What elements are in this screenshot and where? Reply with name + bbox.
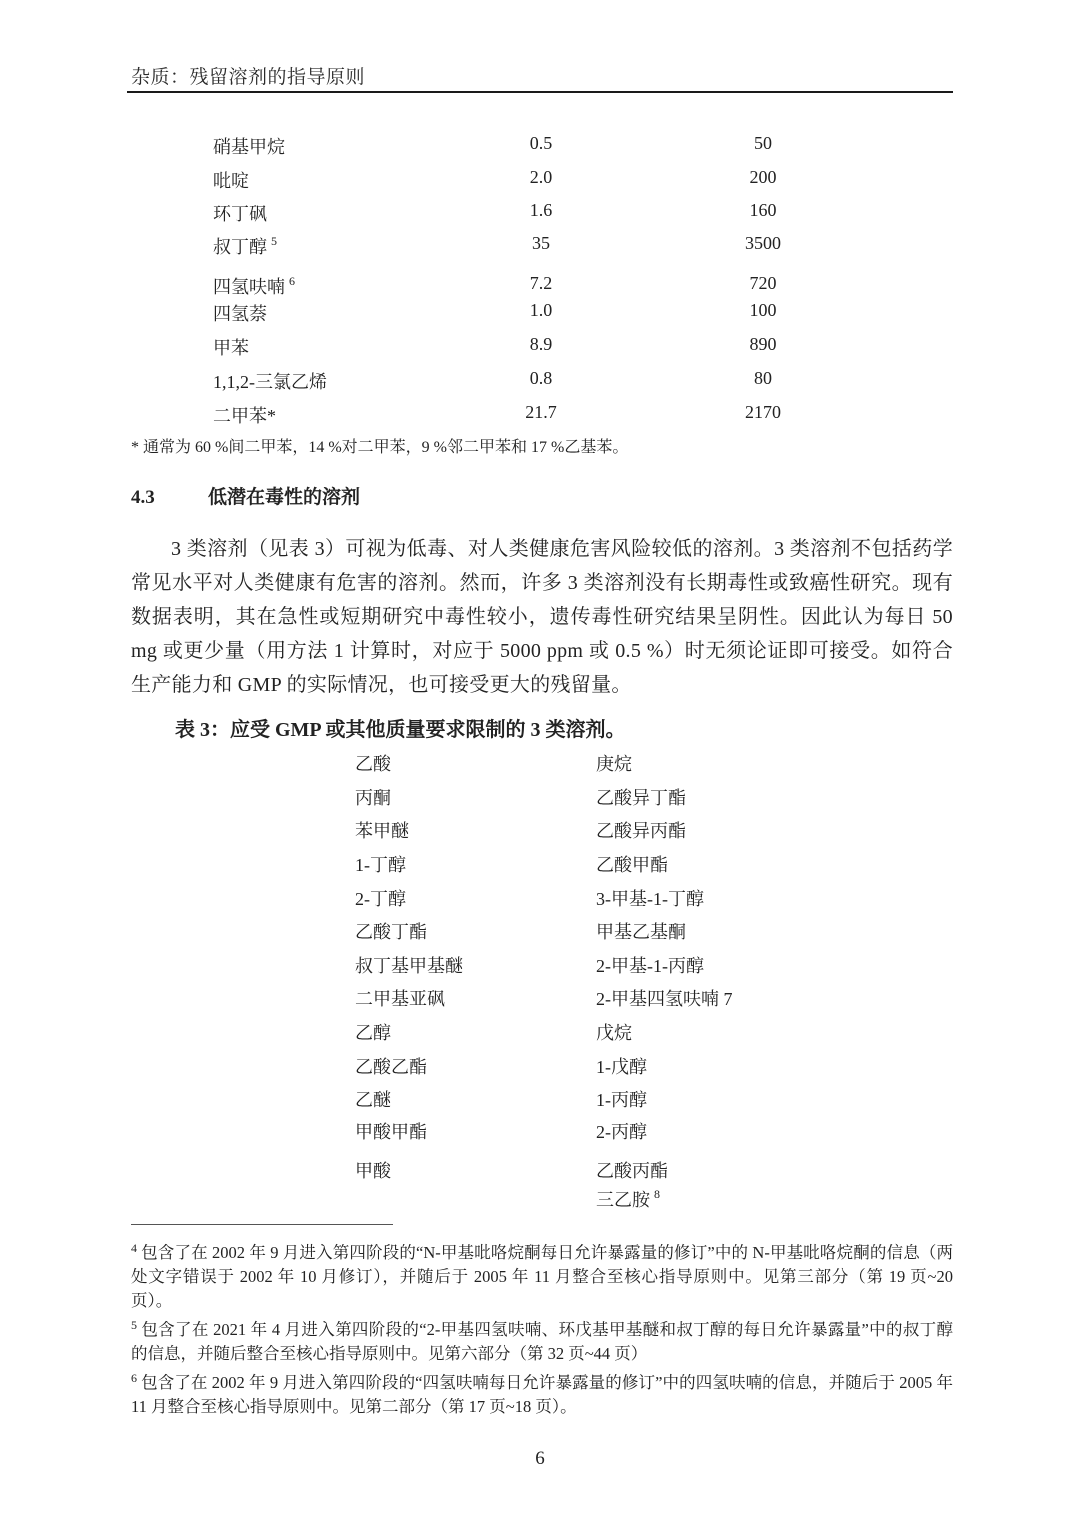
solvent-name: 吡啶 xyxy=(213,167,249,193)
solvent-name: 2-丙醇 xyxy=(596,1118,647,1144)
solvent-name: 叔丁醇 xyxy=(213,237,267,257)
pde-value: 2.0 xyxy=(500,167,582,188)
table-row: 硝基甲烷 0.5 50 xyxy=(0,133,1080,159)
solvent-name: 硝基甲烷 xyxy=(213,133,285,159)
solvent-name: 3-甲基-1-丁醇 xyxy=(596,885,704,911)
table-row: 四氢萘 1.0 100 xyxy=(0,300,1080,326)
solvent-name: 乙酸丁酯 xyxy=(355,918,427,944)
section-title: 低潜在毒性的溶剂 xyxy=(208,487,360,508)
footnote-ref[interactable]: 5 xyxy=(271,234,277,248)
table-row: 环丁砜 1.6 160 xyxy=(0,200,1080,226)
footnotes: 4包含了在 2002 年 9 月进入第四阶段的“N-甲基吡咯烷酮每日允许暴露量的… xyxy=(131,1236,953,1419)
solvent-name: 甲苯 xyxy=(213,334,249,360)
footnote-ref[interactable]: 6 xyxy=(289,274,295,288)
solvent-name: 乙酸乙酯 xyxy=(355,1053,427,1079)
footnote-text: 包含了在 2021 年 4 月进入第四阶段的“2-甲基四氢呋喃、环戊基甲基醚和叔… xyxy=(131,1320,953,1363)
solvent-name: 2-甲基四氢呋喃 7 xyxy=(596,985,733,1011)
solvent-name: 乙酸异丙酯 xyxy=(596,817,686,843)
limit-ppm: 50 xyxy=(720,133,806,154)
footnote-number: 6 xyxy=(131,1371,137,1385)
solvent-name: 三乙胺 xyxy=(596,1190,650,1210)
header-rule xyxy=(127,91,953,93)
solvent-name: 四氢呋喃 xyxy=(213,277,285,297)
table-row: 2-丁醇 3-甲基-1-丁醇 xyxy=(0,885,1080,911)
table-row: 三乙胺8 xyxy=(0,1186,1080,1212)
solvent-name: 乙酸 xyxy=(355,750,391,776)
solvent-name: 2-丁醇 xyxy=(355,885,406,911)
solvent-name-with-footnote: 四氢呋喃6 xyxy=(213,273,295,299)
pde-value: 7.2 xyxy=(500,273,582,294)
limit-ppm: 720 xyxy=(720,273,806,294)
solvent-name: 叔丁基甲基醚 xyxy=(355,952,463,978)
table-caption: 表 3：应受 GMP 或其他质量要求限制的 3 类溶剂。 xyxy=(175,713,626,742)
pde-value: 1.6 xyxy=(500,200,582,221)
solvent-name: 乙酸异丁酯 xyxy=(596,784,686,810)
solvent-name: 1-丙醇 xyxy=(596,1086,647,1112)
solvent-name: 甲酸 xyxy=(355,1157,391,1183)
solvent-name: 苯甲醚 xyxy=(355,817,409,843)
solvent-name: 1,1,2-三氯乙烯 xyxy=(213,368,327,394)
table-row: 甲苯 8.9 890 xyxy=(0,334,1080,360)
solvent-name: 乙酸甲酯 xyxy=(596,851,668,877)
table-row: 乙醚 1-丙醇 xyxy=(0,1086,1080,1112)
body-paragraph: 3 类溶剂（见表 3）可视为低毒、对人类健康危害风险较低的溶剂。3 类溶剂不包括… xyxy=(131,532,953,702)
table-row: 甲酸 乙酸丙酯 xyxy=(0,1157,1080,1183)
solvent-name: 甲酸甲酯 xyxy=(355,1118,427,1144)
solvent-name: 庚烷 xyxy=(596,750,632,776)
table-row: 甲酸甲酯 2-丙醇 xyxy=(0,1118,1080,1144)
solvent-name: 1-戊醇 xyxy=(596,1053,647,1079)
table-row: 乙酸 庚烷 xyxy=(0,750,1080,776)
table-row: 叔丁醇5 35 3500 xyxy=(0,233,1080,259)
limit-ppm: 160 xyxy=(720,200,806,221)
table-row: 吡啶 2.0 200 xyxy=(0,167,1080,193)
section-heading: 4.3低潜在毒性的溶剂 xyxy=(131,482,360,509)
limit-ppm: 890 xyxy=(720,334,806,355)
pde-value: 1.0 xyxy=(500,300,582,321)
table-row: 乙醇 戊烷 xyxy=(0,1019,1080,1045)
table-row: 四氢呋喃6 7.2 720 xyxy=(0,273,1080,299)
limit-ppm: 200 xyxy=(720,167,806,188)
footnote-text: 包含了在 2002 年 9 月进入第四阶段的“四氢呋喃每日允许暴露量的修订”中的… xyxy=(131,1373,953,1416)
limit-ppm: 80 xyxy=(720,368,806,389)
table-row: 乙酸乙酯 1-戊醇 xyxy=(0,1053,1080,1079)
solvent-name: 二甲基亚砜 xyxy=(355,985,445,1011)
pde-value: 0.5 xyxy=(500,133,582,154)
solvent-name: 四氢萘 xyxy=(213,300,267,326)
footnote-separator xyxy=(131,1224,393,1225)
footnote-number: 5 xyxy=(131,1318,137,1332)
solvent-name-with-footnote: 三乙胺8 xyxy=(596,1186,660,1212)
page-number: 6 xyxy=(530,1448,550,1470)
table-row: 苯甲醚 乙酸异丙酯 xyxy=(0,817,1080,843)
table-row: 二甲基亚砜 2-甲基四氢呋喃 7 xyxy=(0,985,1080,1011)
table-footnote: * 通常为 60 %间二甲苯，14 %对二甲苯，9 %邻二甲苯和 17 %乙基苯… xyxy=(131,434,628,457)
section-number: 4.3 xyxy=(131,487,208,509)
table-row: 二甲苯* 21.7 2170 xyxy=(0,402,1080,428)
limit-ppm: 100 xyxy=(720,300,806,321)
solvent-name: 乙醚 xyxy=(355,1086,391,1112)
table-row: 1,1,2-三氯乙烯 0.8 80 xyxy=(0,368,1080,394)
footnote-number: 4 xyxy=(131,1241,137,1255)
footnote-6: 6包含了在 2002 年 9 月进入第四阶段的“四氢呋喃每日允许暴露量的修订”中… xyxy=(131,1366,953,1419)
table-row: 1-丁醇 乙酸甲酯 xyxy=(0,851,1080,877)
solvent-name: 环丁砜 xyxy=(213,200,267,226)
limit-ppm: 2170 xyxy=(720,402,806,423)
pde-value: 35 xyxy=(500,233,582,254)
footnote-5: 5包含了在 2021 年 4 月进入第四阶段的“2-甲基四氢呋喃、环戊基甲基醚和… xyxy=(131,1313,953,1366)
solvent-name-with-footnote: 叔丁醇5 xyxy=(213,233,277,259)
solvent-name: 丙酮 xyxy=(355,784,391,810)
pde-value: 0.8 xyxy=(500,368,582,389)
limit-ppm: 3500 xyxy=(720,233,806,254)
footnote-ref[interactable]: 8 xyxy=(654,1187,660,1201)
running-header-title: 杂质：残留溶剂的指导原则 xyxy=(131,62,365,89)
solvent-name: 戊烷 xyxy=(596,1019,632,1045)
solvent-name: 1-丁醇 xyxy=(355,851,406,877)
footnote-text: 包含了在 2002 年 9 月进入第四阶段的“N-甲基吡咯烷酮每日允许暴露量的修… xyxy=(131,1243,953,1310)
solvent-name: 2-甲基-1-丙醇 xyxy=(596,952,704,978)
table-row: 丙酮 乙酸异丁酯 xyxy=(0,784,1080,810)
solvent-name: 乙酸丙酯 xyxy=(596,1157,668,1183)
table-row: 乙酸丁酯 甲基乙基酮 xyxy=(0,918,1080,944)
solvent-name: 二甲苯* xyxy=(213,402,276,428)
solvent-name: 乙醇 xyxy=(355,1019,391,1045)
footnote-4: 4包含了在 2002 年 9 月进入第四阶段的“N-甲基吡咯烷酮每日允许暴露量的… xyxy=(131,1236,953,1313)
pde-value: 8.9 xyxy=(500,334,582,355)
solvent-name: 甲基乙基酮 xyxy=(596,918,686,944)
pde-value: 21.7 xyxy=(500,402,582,423)
table-row: 叔丁基甲基醚 2-甲基-1-丙醇 xyxy=(0,952,1080,978)
